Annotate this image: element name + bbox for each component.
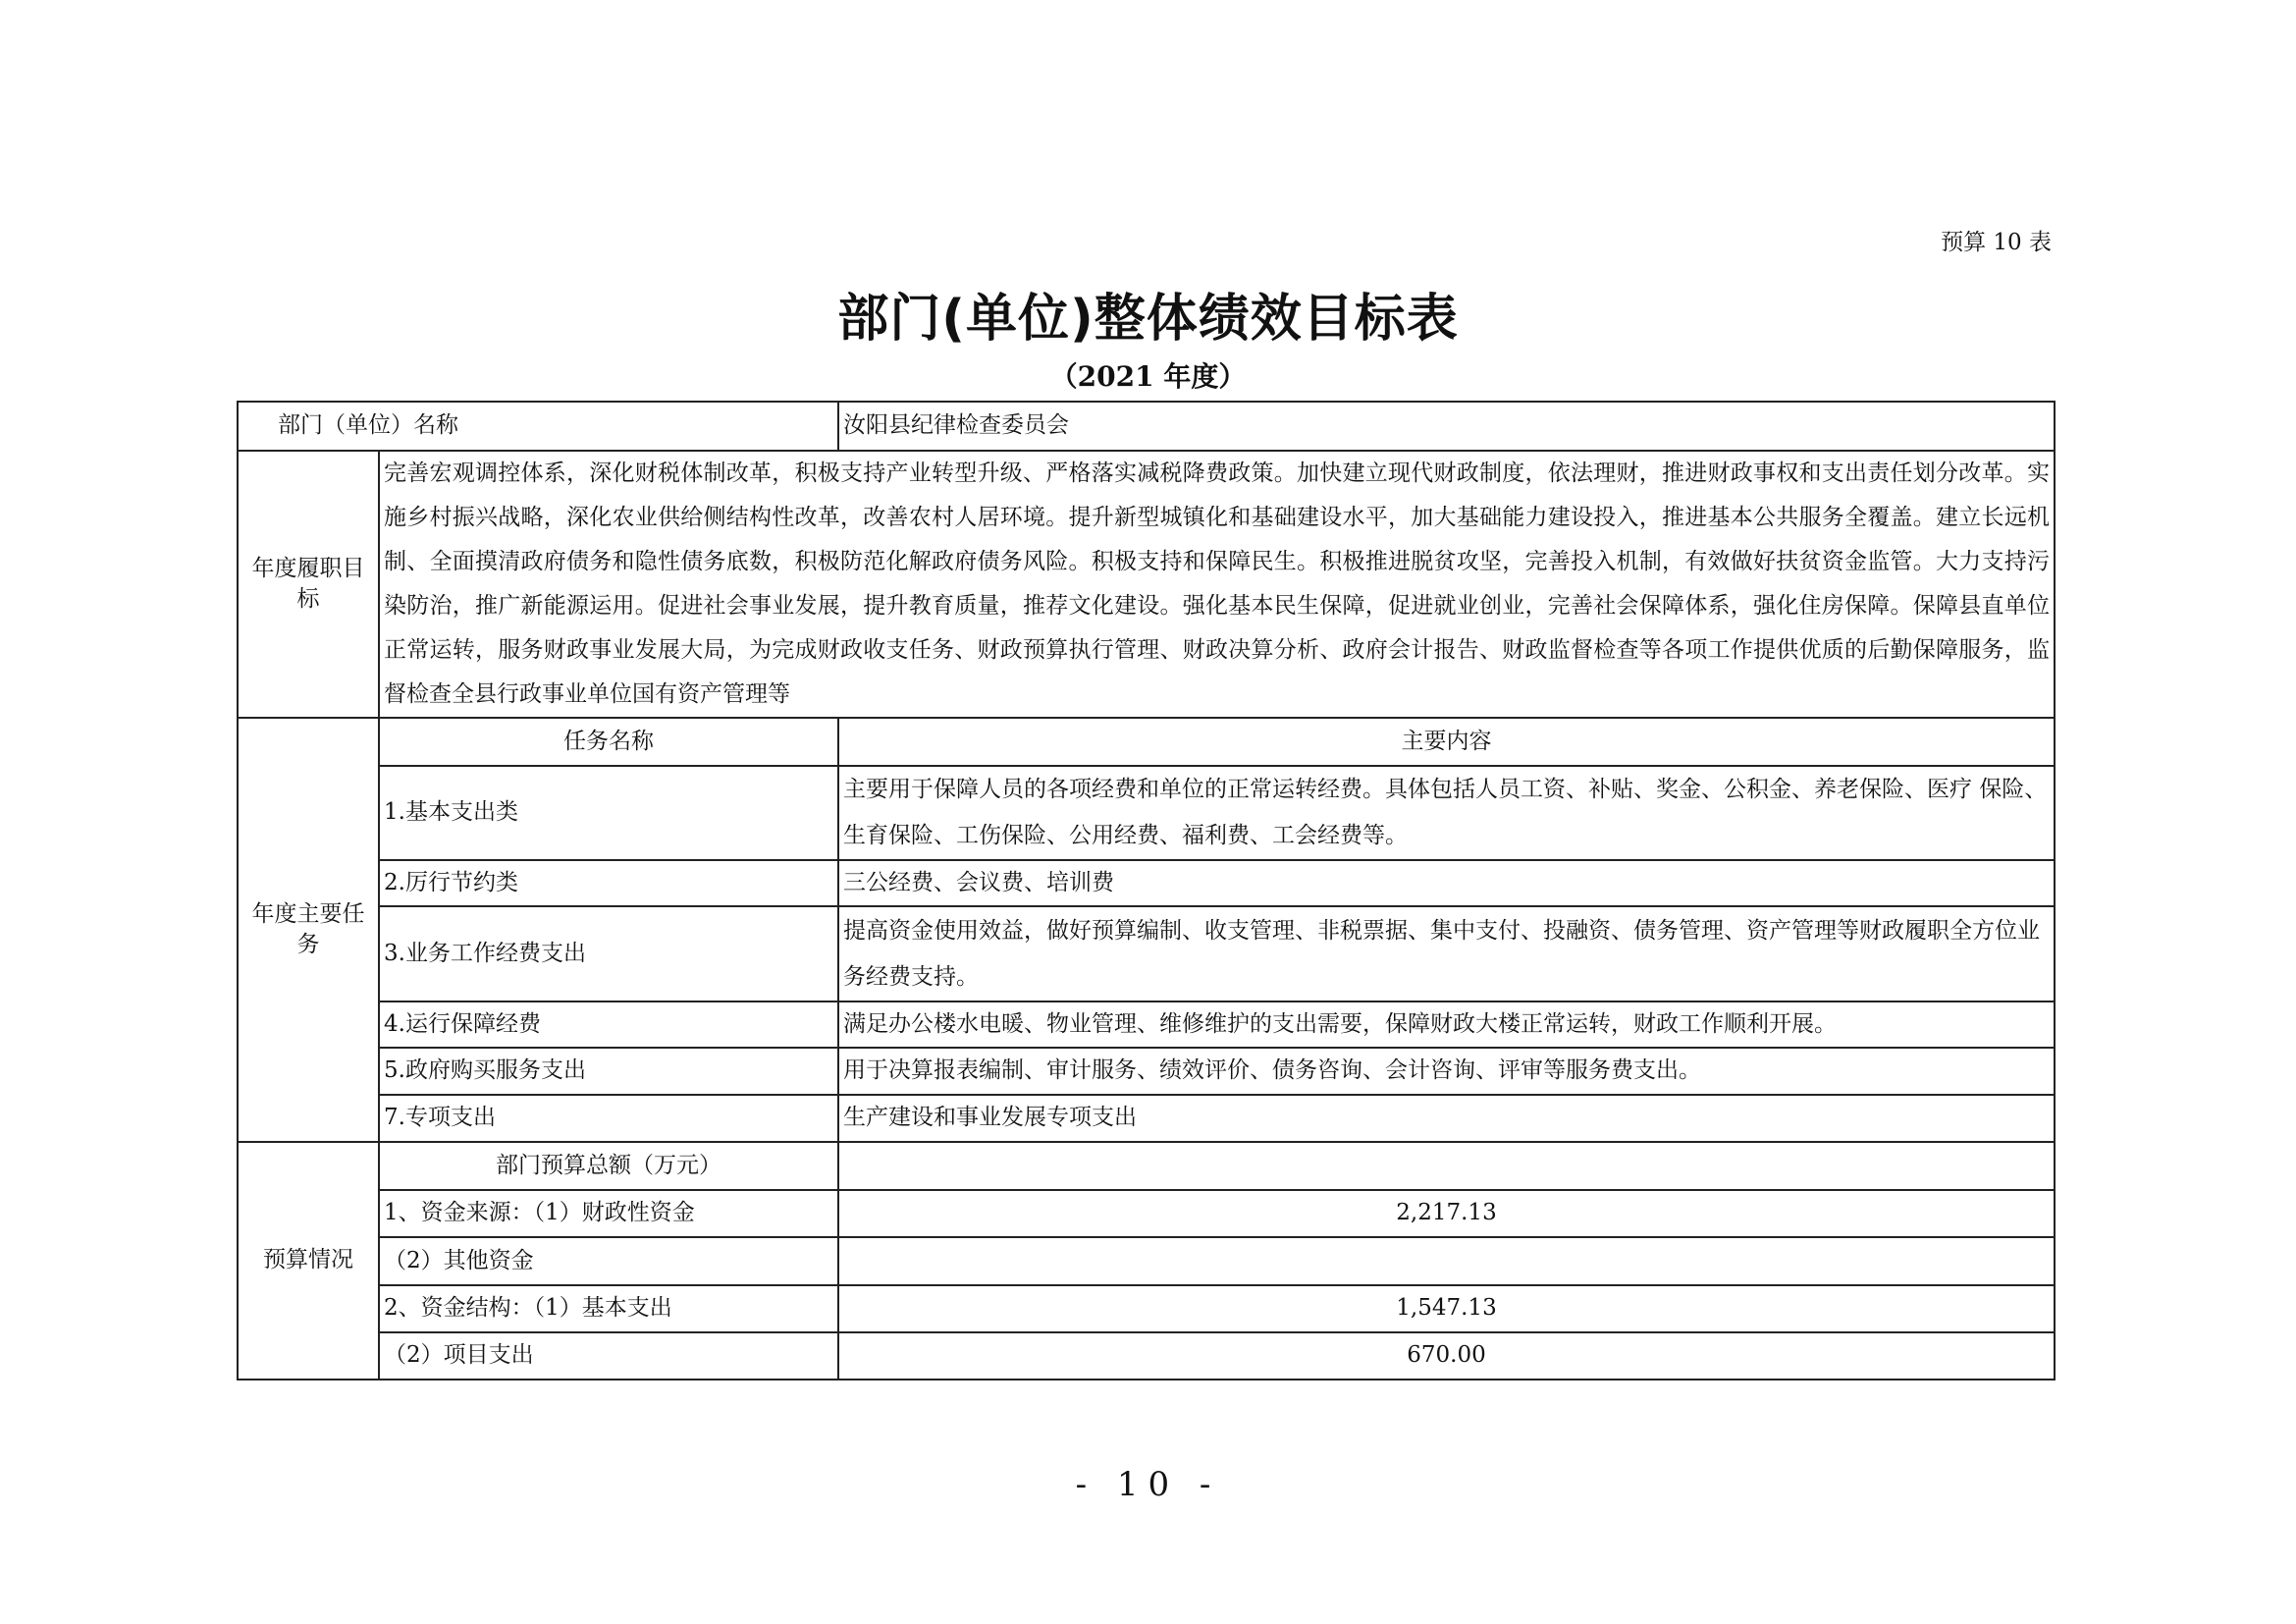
unit-name-row: 部门（单位）名称 汝阳县纪律检查委员会	[238, 402, 2055, 451]
budget-row: （2）项目支出 670.00	[238, 1332, 2055, 1380]
task-name: 2.厉行节约类	[379, 860, 838, 906]
task-row: 7.专项支出 生产建设和事业发展专项支出	[238, 1095, 2055, 1142]
budget-value	[838, 1237, 2055, 1285]
budget-row: （2）其他资金	[238, 1237, 2055, 1285]
annual-goals-text: 完善宏观调控体系，深化财税体制改革，积极支持产业转型升级、严格落实减税降费政策。…	[379, 451, 2055, 718]
budget-row: 2、资金结构：（1）基本支出 1,547.13	[238, 1285, 2055, 1332]
task-row: 3.业务工作经费支出 提高资金使用效益，做好预算编制、收支管理、非税票据、集中支…	[238, 906, 2055, 1001]
budget-item: 1、资金来源：（1）财政性资金	[379, 1190, 838, 1237]
budget-total-label: 部门预算总额（万元）	[379, 1142, 838, 1190]
task-content: 主要用于保障人员的各项经费和单位的正常运转经费。具体包括人员工资、补贴、奖金、公…	[838, 766, 2055, 860]
page-number: - 10 -	[0, 1465, 2296, 1504]
budget-value: 1,547.13	[838, 1285, 2055, 1332]
budget-item: 2、资金结构：（1）基本支出	[379, 1285, 838, 1332]
page-subtitle-year: （2021 年度）	[0, 355, 2296, 395]
budget-label: 预算情况	[238, 1142, 379, 1380]
task-content: 生产建设和事业发展专项支出	[838, 1095, 2055, 1142]
budget-row: 预算情况 部门预算总额（万元）	[238, 1142, 2055, 1190]
task-content: 用于决算报表编制、审计服务、绩效评价、债务咨询、会计咨询、评审等服务费支出。	[838, 1048, 2055, 1095]
annual-goals-label: 年度履职目标	[238, 451, 379, 718]
task-name: 4.运行保障经费	[379, 1001, 838, 1048]
task-content: 三公经费、会议费、培训费	[838, 860, 2055, 906]
task-name-header: 任务名称	[379, 718, 838, 766]
task-name: 1.基本支出类	[379, 766, 838, 860]
tasks-header-row: 年度主要任务 任务名称 主要内容	[238, 718, 2055, 766]
budget-row: 1、资金来源：（1）财政性资金 2,217.13	[238, 1190, 2055, 1237]
budget-value: 670.00	[838, 1332, 2055, 1380]
task-row: 2.厉行节约类 三公经费、会议费、培训费	[238, 860, 2055, 906]
task-row: 4.运行保障经费 满足办公楼水电暖、物业管理、维修维护的支出需要，保障财政大楼正…	[238, 1001, 2055, 1048]
task-name: 5.政府购买服务支出	[379, 1048, 838, 1095]
task-content: 提高资金使用效益，做好预算编制、收支管理、非税票据、集中支付、投融资、债务管理、…	[838, 906, 2055, 1001]
task-row: 5.政府购买服务支出 用于决算报表编制、审计服务、绩效评价、债务咨询、会计咨询、…	[238, 1048, 2055, 1095]
task-content: 满足办公楼水电暖、物业管理、维修维护的支出需要，保障财政大楼正常运转，财政工作顺…	[838, 1001, 2055, 1048]
performance-goals-table: 部门（单位）名称 汝阳县纪律检查委员会 年度履职目标 完善宏观调控体系，深化财税…	[237, 401, 2056, 1380]
task-row: 1.基本支出类 主要用于保障人员的各项经费和单位的正常运转经费。具体包括人员工资…	[238, 766, 2055, 860]
budget-item: （2）项目支出	[379, 1332, 838, 1380]
annual-goals-row: 年度履职目标 完善宏观调控体系，深化财税体制改革，积极支持产业转型升级、严格落实…	[238, 451, 2055, 718]
budget-value: 2,217.13	[838, 1190, 2055, 1237]
page-title: 部门(单位)整体绩效目标表	[0, 277, 2296, 351]
budget-item: （2）其他资金	[379, 1237, 838, 1285]
budget-total-value	[838, 1142, 2055, 1190]
form-code: 预算 10 表	[1924, 224, 2052, 256]
main-tasks-label: 年度主要任务	[238, 718, 379, 1142]
unit-name-label: 部门（单位）名称	[238, 402, 838, 451]
task-content-header: 主要内容	[838, 718, 2055, 766]
task-name: 7.专项支出	[379, 1095, 838, 1142]
task-name: 3.业务工作经费支出	[379, 906, 838, 1001]
unit-name-value: 汝阳县纪律检查委员会	[838, 402, 2055, 451]
